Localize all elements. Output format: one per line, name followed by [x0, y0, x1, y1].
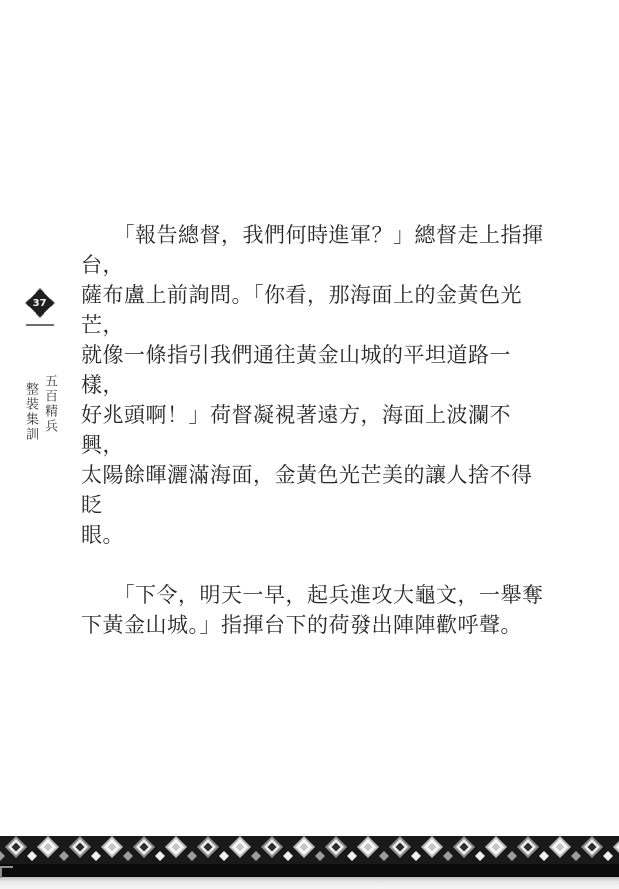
page-bottom-edge [0, 877, 619, 889]
diamond-icon: 37 [26, 289, 54, 317]
paragraph: 「報告總督，我們何時進軍？」總督走上指揮台， 薩布盧上前詢問。「你看，那海面上的… [81, 220, 545, 550]
diamond-pattern-icon [0, 836, 619, 864]
chapter-title: 五百精兵 整裝集訓 [21, 334, 59, 474]
book-page: { "page": { "badge_number": "37", "sideb… [0, 0, 619, 889]
chapter-title-segment: 整裝集訓 [21, 382, 40, 442]
footer-black-strip [0, 864, 619, 877]
page-number-badge: 37 [25, 288, 55, 318]
body-text: 「報告總督，我們何時進軍？」總督走上指揮台， 薩布盧上前詢問。「你看，那海面上的… [81, 190, 545, 670]
paragraph: 「下令，明天一早，起兵進攻大龜文，一舉奪 下黃金山城。」指揮台下的荷發出陣陣歡呼… [81, 580, 545, 640]
scan-artifact [0, 866, 13, 878]
sidebar: 37 五百精兵 整裝集訓 [22, 288, 58, 474]
page-number: 37 [33, 297, 47, 308]
footer-diamond-pattern [0, 836, 619, 864]
sidebar-divider [26, 324, 54, 326]
chapter-title-segment: 五百精兵 [40, 374, 59, 434]
